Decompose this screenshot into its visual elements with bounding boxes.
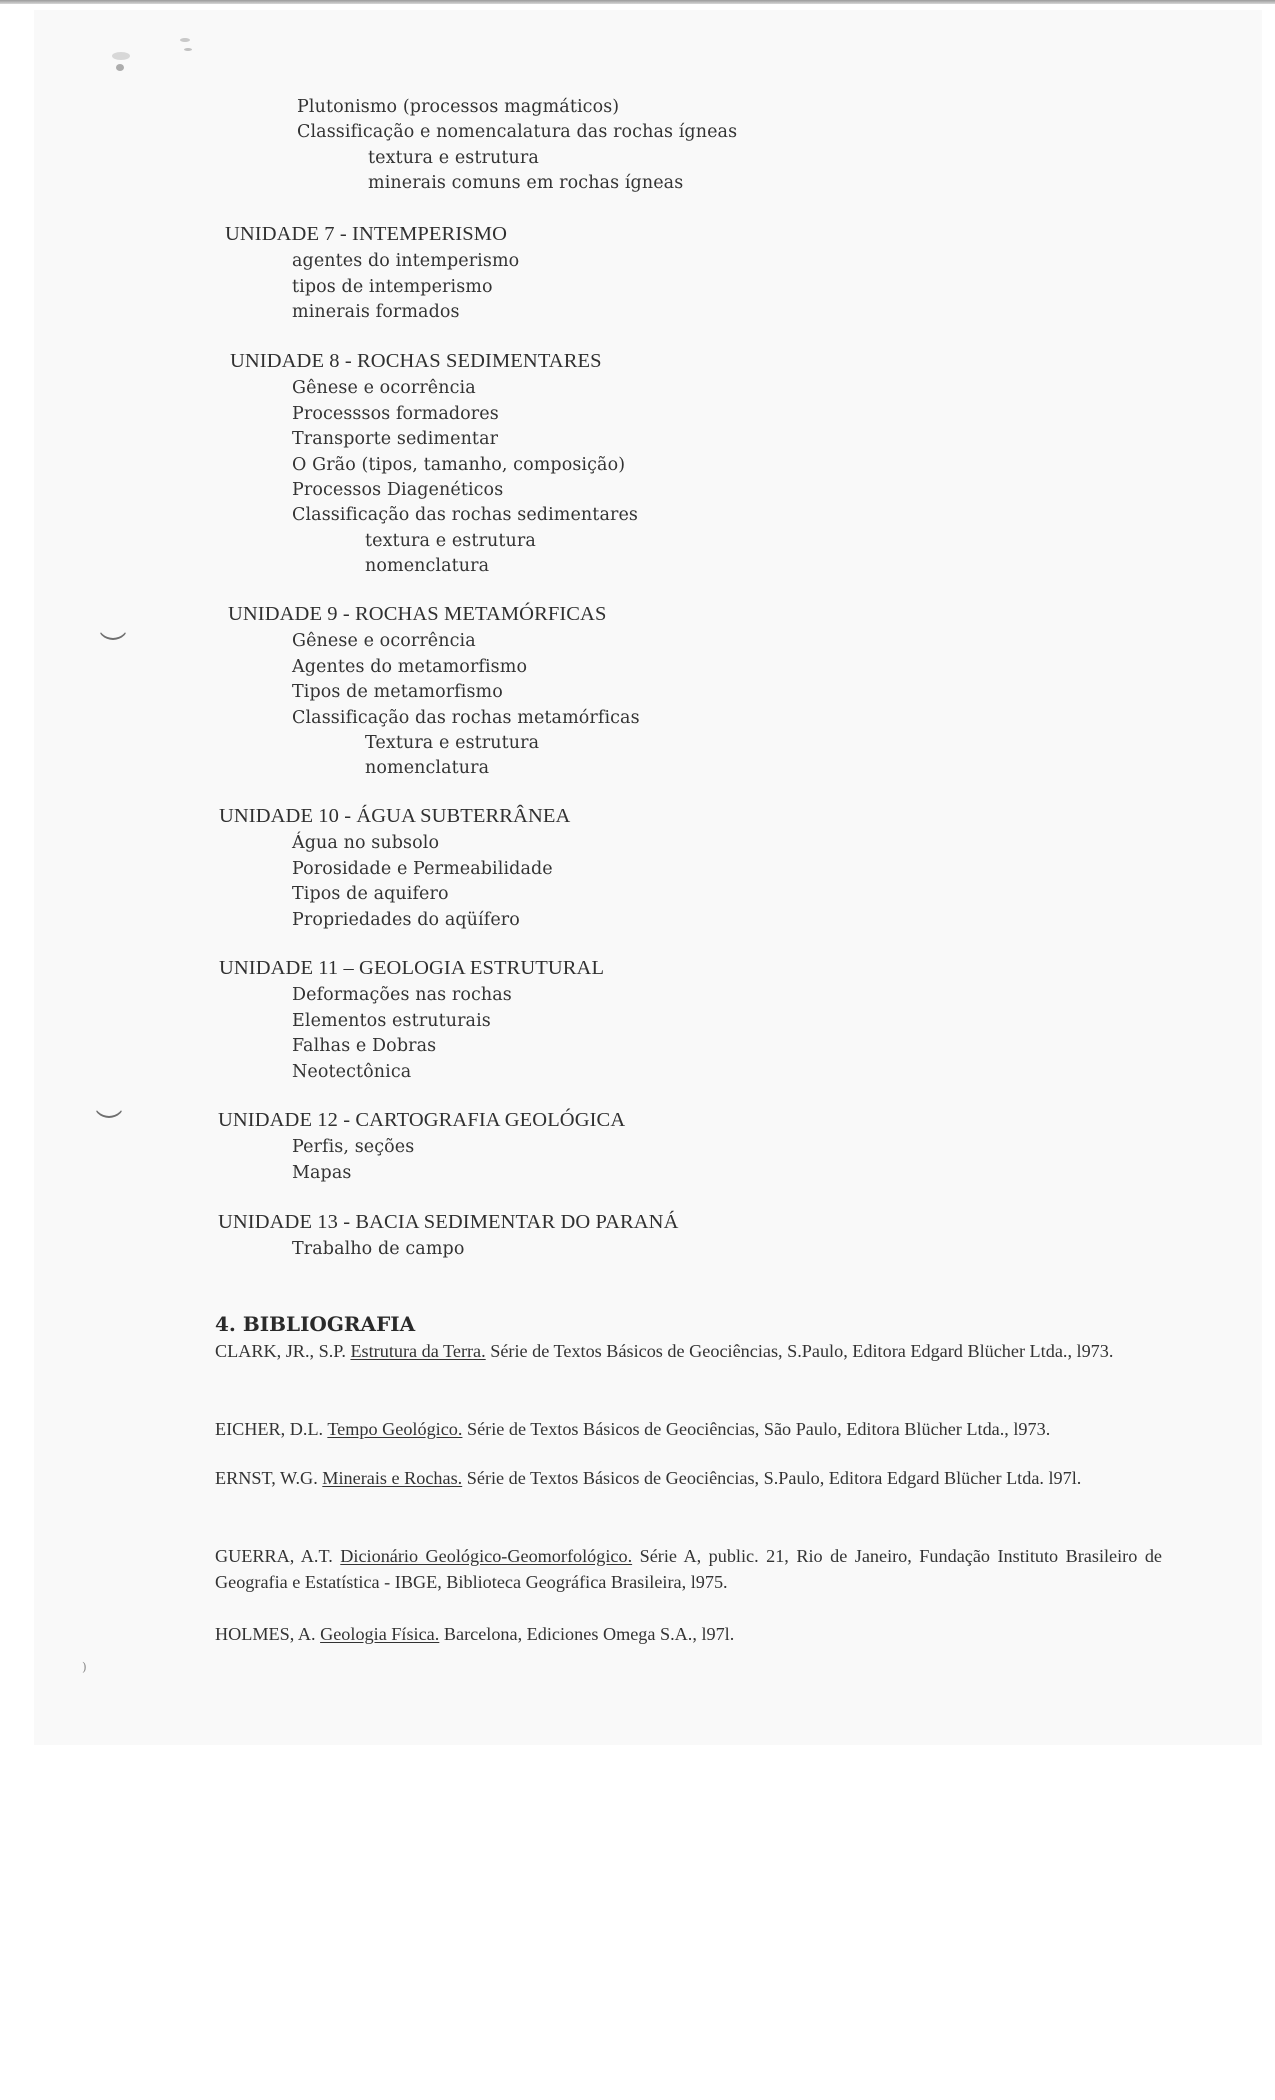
syllabus-item: Classificação das rochas metamórficas xyxy=(292,707,640,729)
syllabus-item: Deformações nas rochas xyxy=(292,984,512,1006)
syllabus-item: Água no subsolo xyxy=(292,832,439,854)
unit-heading: UNIDADE 7 - INTEMPERISMO xyxy=(225,223,507,245)
syllabus-item: Transporte sedimentar xyxy=(292,428,498,450)
entry-author: CLARK, JR., S.P. xyxy=(215,1341,350,1361)
stray-mark: ) xyxy=(82,1660,87,1674)
syllabus-item: Trabalho de campo xyxy=(292,1238,464,1260)
syllabus-item: textura e estrutura xyxy=(368,147,539,169)
syllabus-item: Perfis, seções xyxy=(292,1136,414,1158)
entry-author: HOLMES, A. xyxy=(215,1624,320,1644)
syllabus-item: Falhas e Dobras xyxy=(292,1035,436,1057)
scan-smudge xyxy=(112,52,130,60)
bibliography-entry: ERNST, W.G. Minerais e Rochas. Série de … xyxy=(215,1465,1162,1491)
scan-smudge xyxy=(116,64,124,71)
scan-smudge xyxy=(180,38,190,42)
entry-title: Dicionário Geológico-Geomorfológico. xyxy=(340,1546,632,1566)
unit-heading: UNIDADE 11 – GEOLOGIA ESTRUTURAL xyxy=(219,957,604,979)
syllabus-item: minerais formados xyxy=(292,301,460,323)
entry-author: EICHER, D.L. xyxy=(215,1419,327,1439)
bibliography-entry: CLARK, JR., S.P. Estrutura da Terra. Sér… xyxy=(215,1338,1162,1364)
entry-author: ERNST, W.G. xyxy=(215,1468,322,1488)
syllabus-item: Tipos de aquifero xyxy=(292,883,449,905)
syllabus-item: nomenclatura xyxy=(365,757,489,779)
syllabus-item: Tipos de metamorfismo xyxy=(292,681,503,703)
entry-title: Minerais e Rochas. xyxy=(322,1468,462,1488)
syllabus-item: nomenclatura xyxy=(365,555,489,577)
unit-heading: UNIDADE 10 - ÁGUA SUBTERRÂNEA xyxy=(219,805,570,827)
syllabus-item: Agentes do metamorfismo xyxy=(292,656,527,678)
syllabus-item: minerais comuns em rochas ígneas xyxy=(368,172,683,194)
scan-smudge xyxy=(184,48,192,51)
syllabus-item: Porosidade e Permeabilidade xyxy=(292,858,553,880)
unit-heading: UNIDADE 13 - BACIA SEDIMENTAR DO PARANÁ xyxy=(218,1211,679,1233)
entry-details: Série de Textos Básicos de Geociências, … xyxy=(462,1419,1050,1439)
entry-details: Série de Textos Básicos de Geociências, … xyxy=(486,1341,1114,1361)
syllabus-item: Textura e estrutura xyxy=(365,732,539,754)
syllabus-item: Gênese e ocorrência xyxy=(292,630,476,652)
unit-heading: UNIDADE 12 - CARTOGRAFIA GEOLÓGICA xyxy=(218,1109,625,1131)
syllabus-item: Gênese e ocorrência xyxy=(292,377,476,399)
bibliography-entry: EICHER, D.L. Tempo Geológico. Série de T… xyxy=(215,1416,1162,1442)
syllabus-item: agentes do intemperismo xyxy=(292,250,519,272)
syllabus-item: Classificação das rochas sedimentares xyxy=(292,504,638,526)
bibliography-title: 4. BIBLIOGRAFIA xyxy=(215,1312,415,1336)
unit-heading: UNIDADE 9 - ROCHAS METAMÓRFICAS xyxy=(228,603,606,625)
unit-heading: UNIDADE 8 - ROCHAS SEDIMENTARES xyxy=(230,350,602,372)
entry-author: GUERRA, A.T. xyxy=(215,1546,340,1566)
syllabus-item: textura e estrutura xyxy=(365,530,536,552)
syllabus-item: Processsos formadores xyxy=(292,403,499,425)
entry-title: Geologia Física. xyxy=(320,1624,439,1644)
syllabus-item: Classificação e nomencalatura das rochas… xyxy=(297,121,737,143)
syllabus-item: Processos Diagenéticos xyxy=(292,479,503,501)
syllabus-item: O Grão (tipos, tamanho, composição) xyxy=(292,454,625,476)
entry-title: Tempo Geológico. xyxy=(327,1419,462,1439)
syllabus-item: Elementos estruturais xyxy=(292,1010,491,1032)
syllabus-item: tipos de intemperismo xyxy=(292,276,493,298)
syllabus-item: Plutonismo (processos magmáticos) xyxy=(297,96,619,118)
syllabus-item: Mapas xyxy=(292,1162,351,1184)
syllabus-item: Neotectônica xyxy=(292,1061,411,1083)
entry-title: Estrutura da Terra. xyxy=(350,1341,485,1361)
entry-details: Série de Textos Básicos de Geociências, … xyxy=(462,1468,1081,1488)
bibliography-entry: GUERRA, A.T. Dicionário Geológico-Geomor… xyxy=(215,1543,1162,1595)
syllabus-item: Propriedades do aqüífero xyxy=(292,909,520,931)
entry-details: Barcelona, Ediciones Omega S.A., l97l. xyxy=(439,1624,734,1644)
scan-top-edge xyxy=(0,0,1275,4)
bibliography-entry: HOLMES, A. Geologia Física. Barcelona, E… xyxy=(215,1621,1162,1647)
